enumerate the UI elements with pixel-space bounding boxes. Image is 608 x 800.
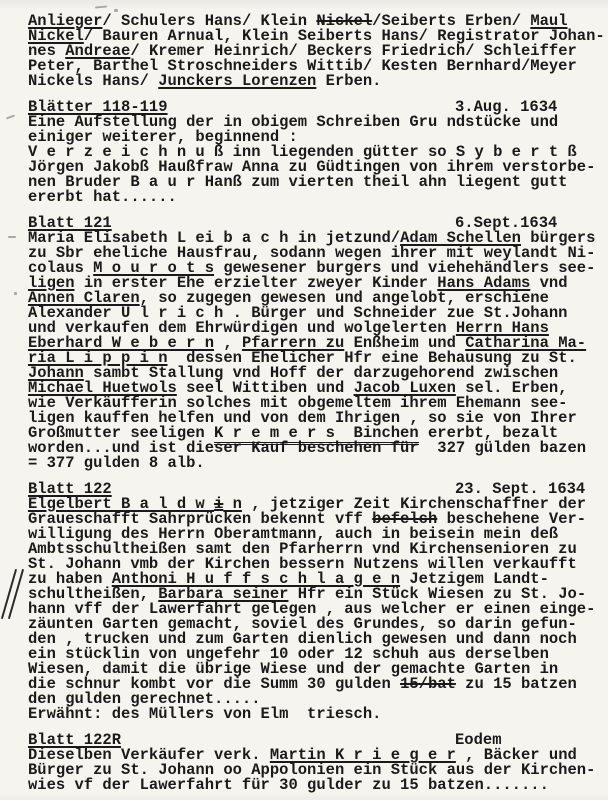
text-segment: wies vf der Lawerfahrt für 30 gulder zu …	[28, 776, 549, 794]
text-segment: Erwähnt: des Müllers von Elm triesch.	[28, 705, 381, 723]
document-section: Blatt 122REodemDieselben Verkäufer verk.…	[28, 733, 602, 793]
scan-noise-mark	[14, 292, 17, 295]
text-segment: Nickels Hans/	[28, 72, 158, 90]
text-line: Nickels Hans/ Junckers Lorenzen Erben.	[28, 74, 602, 89]
text-segment: Erben.	[316, 72, 381, 90]
scan-noise-mark	[6, 115, 15, 120]
document-section: Blatt 1216.Sept.1634Maria Elisabeth L ei…	[28, 216, 602, 471]
margin-annotation-slashes	[2, 568, 22, 620]
text-line: = 377 gulden 8 alb.	[28, 456, 602, 471]
underlined-text: Junckers Lorenzen	[158, 72, 316, 90]
document-section: Anlieger/ Schulers Hans/ Klein Nickel/Se…	[28, 14, 602, 89]
text-line: Erwähnt: des Müllers von Elm triesch.	[28, 707, 602, 722]
text-line: wies vf der Lawerfahrt für 30 gulder zu …	[28, 778, 602, 793]
document-section: Blatt 12223. Sept. 1634Elgelbert B a l d…	[28, 482, 602, 722]
scan-noise-mark	[95, 5, 107, 8]
document-section: Blätter 118-1193.Aug. 1634Eine Aufstellu…	[28, 100, 602, 205]
document-page: Anlieger/ Schulers Hans/ Klein Nickel/Se…	[0, 0, 608, 800]
struck-text: 15/bat	[400, 675, 456, 693]
text-segment: zu 15 batzen	[456, 675, 577, 693]
text-line: ererbt hat......	[28, 190, 602, 205]
scan-noise-mark	[8, 236, 16, 238]
text-segment: ererbt hat......	[28, 188, 177, 206]
text-segment: = 377 gulden 8 alb.	[28, 454, 205, 472]
typewritten-text-block: Anlieger/ Schulers Hans/ Klein Nickel/Se…	[28, 14, 602, 800]
